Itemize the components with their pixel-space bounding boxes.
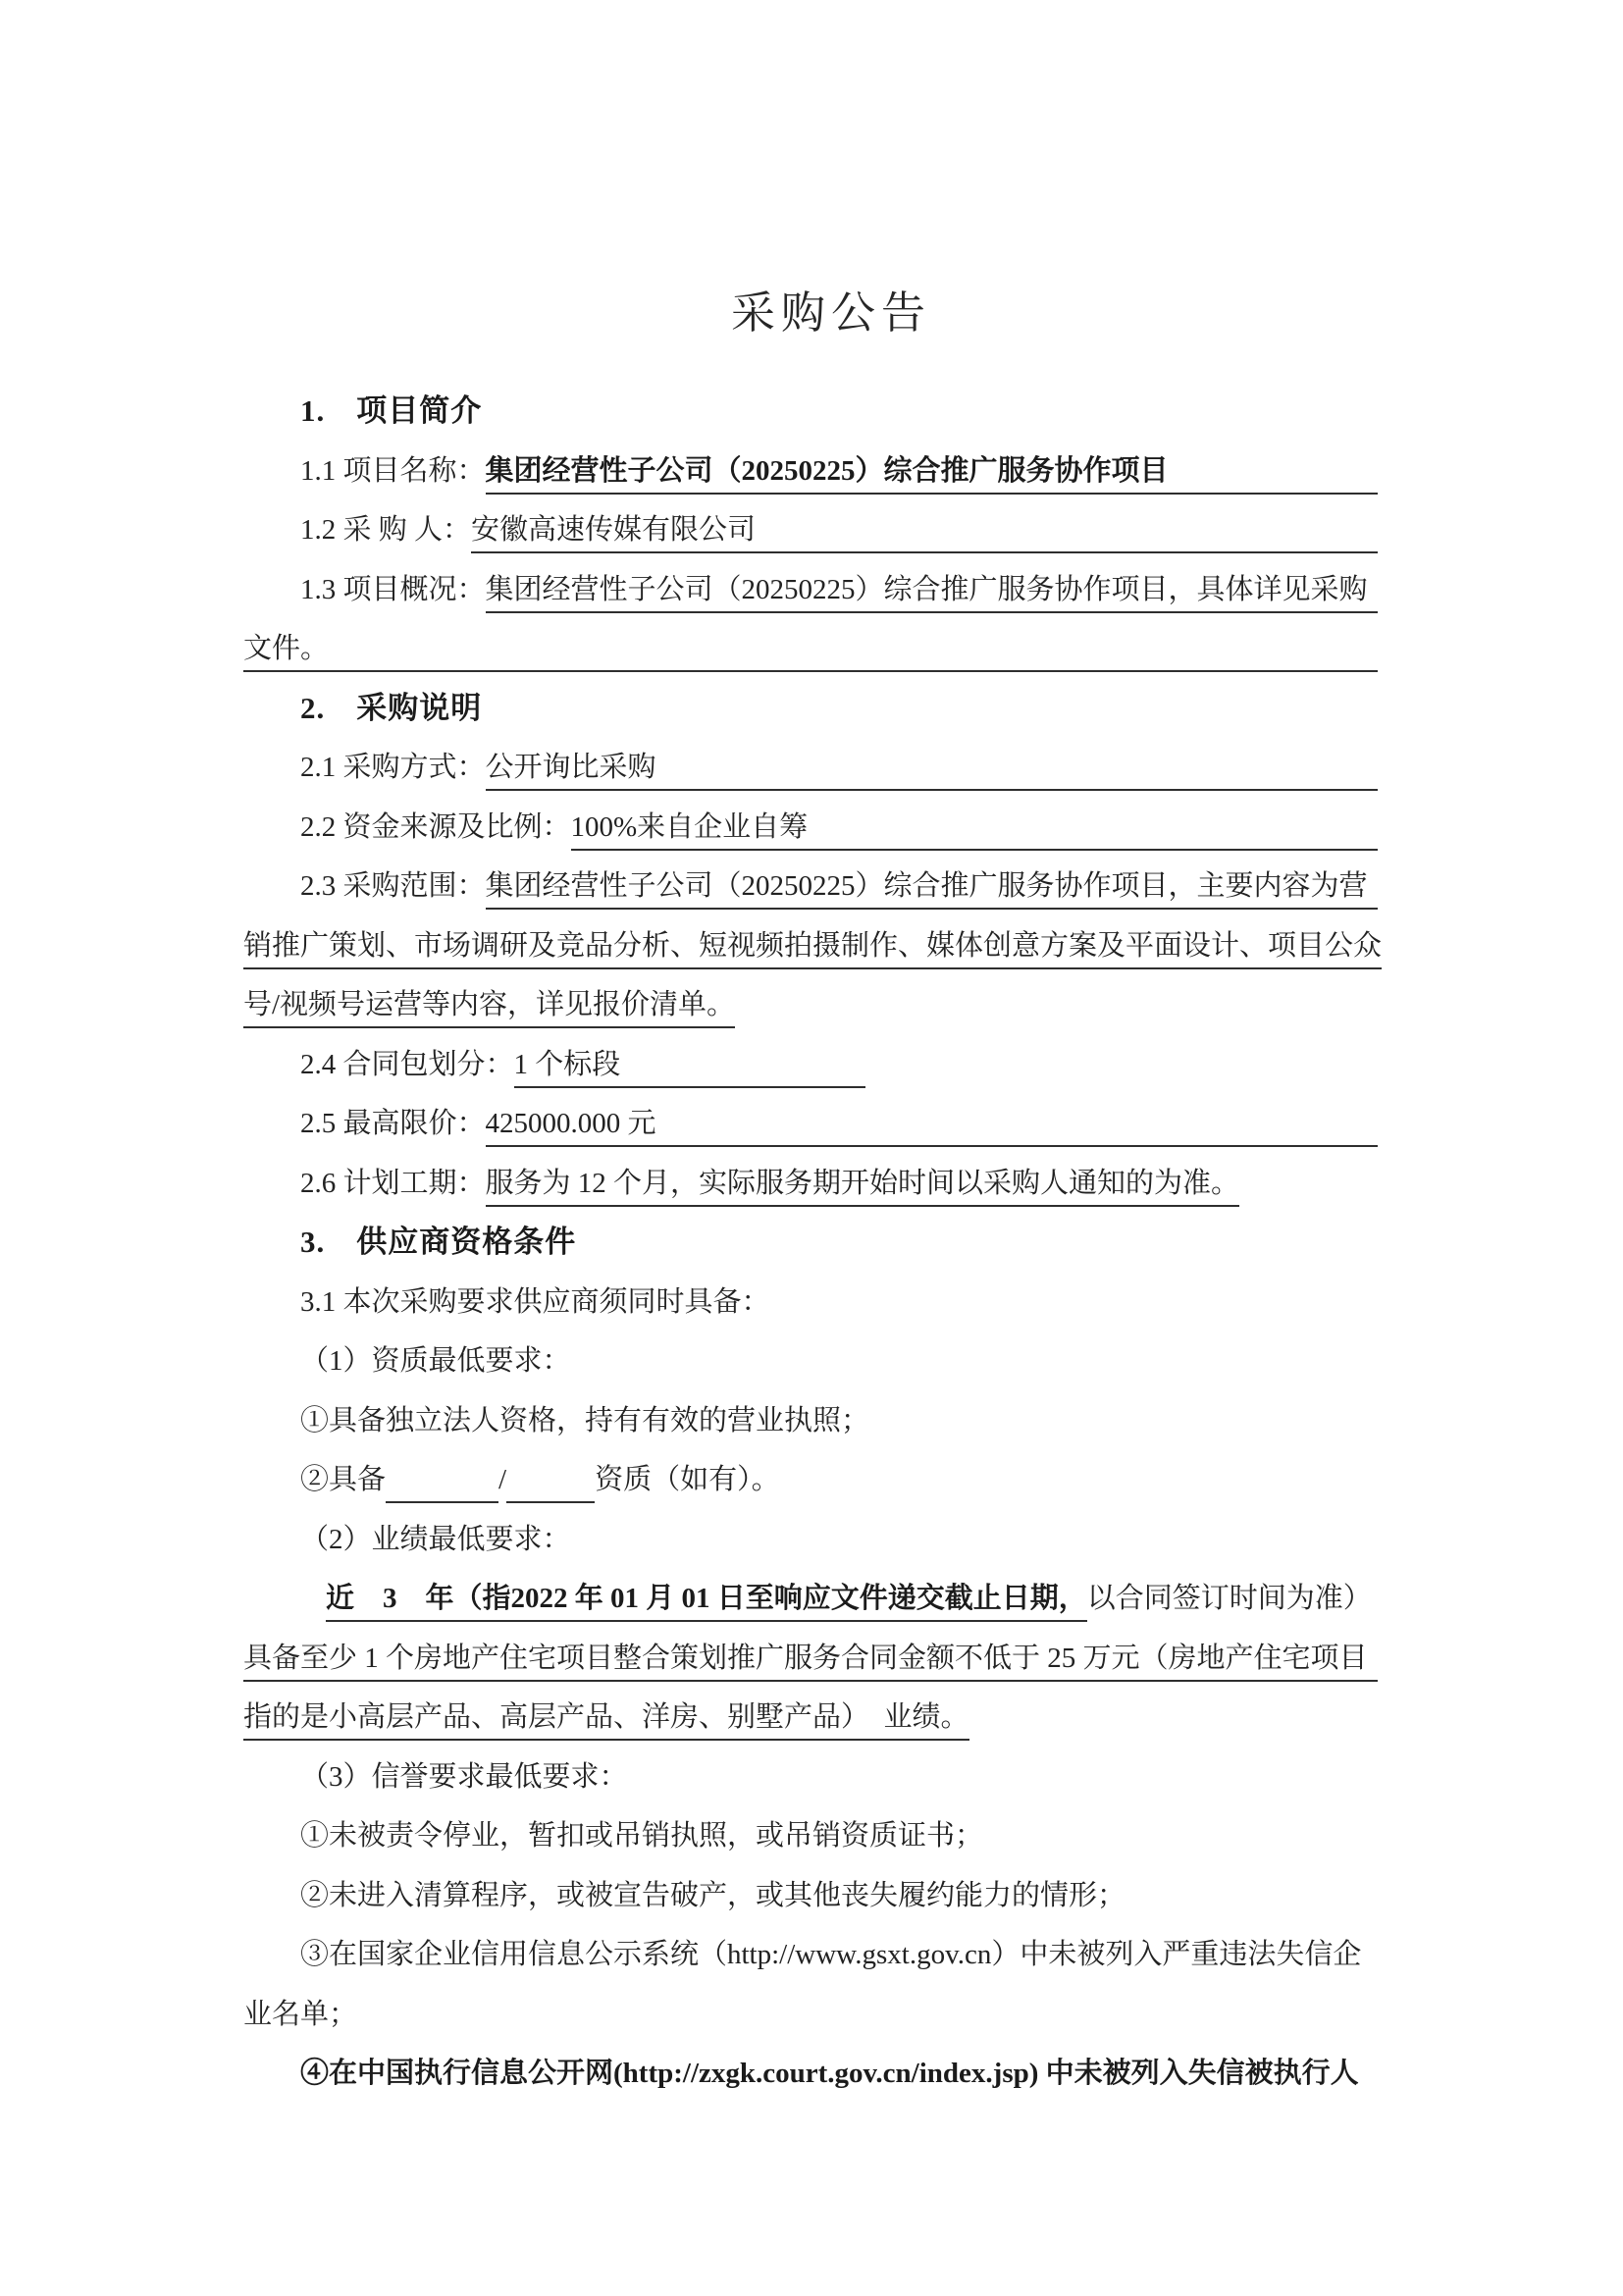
text-run: 1 个标段 (514, 1047, 621, 1088)
text-run: ④在中国执行信息公开网(http://zxgk.court.gov.cn/ind… (300, 2056, 1359, 2097)
text-run: 2.2 资金来源及比例： (300, 809, 571, 851)
blank-underline (386, 1497, 498, 1503)
text-run: 具备至少 1 个房地产住宅项目整合策划推广服务合同金额不低于 25 万元（房地产… (243, 1641, 1368, 1682)
underline-fill (329, 666, 1378, 672)
text-run: 2.5 最高限价： (300, 1106, 486, 1147)
text-run: 安徽高速传媒有限公司 (471, 512, 756, 553)
text-run: 集团经营性子公司（20250225）综合推广服务协作项目 (486, 453, 1169, 495)
text-run: （1）资质最低要求： (300, 1343, 571, 1384)
text-run: 业名单； (243, 1997, 357, 2038)
underline-fill (1368, 1676, 1378, 1682)
text-run: 公开询比采购 (486, 750, 656, 791)
page-title: 采购公告 (20, 277, 1623, 340)
text-run: ②具备 (300, 1462, 386, 1503)
underline-fill (808, 845, 1378, 851)
text-run: 以合同签订时间为准） (1087, 1581, 1372, 1622)
text-run: （2）业绩最低要求： (300, 1522, 571, 1563)
text-run: 1. 项目简介 (300, 393, 482, 435)
doc-line-req-3-b: ②未进入清算程序，或被宣告破产，或其他丧失履约能力的情形； (300, 1878, 1378, 1919)
doc-line-item-1-3: 1.3 项目概况：集团经营性子公司（20250225）综合推广服务协作项目，具体… (300, 572, 1378, 613)
underline-fill (1368, 904, 1378, 910)
text-run: 指的是小高层产品、高层产品、洋房、别墅产品） 业绩。 (243, 1699, 969, 1741)
text-run: 销推广策划、市场调研及竞品分析、短视频拍摄制作、媒体创意方案及平面设计、项目公众 (243, 928, 1382, 969)
text-run: 425000.000 元 (486, 1106, 656, 1147)
doc-line-item-2-1: 2.1 采购方式：公开询比采购 (300, 750, 1378, 791)
doc-line-item-1-3-cont: 文件。 (243, 631, 1378, 672)
text-run: ③在国家企业信用信息公示系统（http://www.gsxt.gov.cn）中未… (300, 1937, 1361, 1978)
doc-line-req-1-b: ②具备/资质（如有）。 (300, 1462, 1378, 1503)
text-run: 1.2 采 购 人： (300, 512, 471, 553)
doc-line-item-2-6: 2.6 计划工期：服务为 12 个月，实际服务期开始时间以采购人通知的为准。 (300, 1166, 1378, 1207)
doc-line-req-1-a: ①具备独立法人资格，持有有效的营业执照； (300, 1403, 1378, 1444)
doc-line-sec1-heading: 1. 项目简介 (300, 393, 1378, 435)
text-run: 2. 采购说明 (300, 691, 482, 732)
doc-line-item-2-3-cont1: 销推广策划、市场调研及竞品分析、短视频拍摄制作、媒体创意方案及平面设计、项目公众 (243, 928, 1378, 969)
doc-line-req-3: （3）信誉要求最低要求： (300, 1759, 1378, 1800)
text-run: ①未被责令停业，暂扣或吊销执照，或吊销资质证书； (300, 1818, 983, 1859)
text-run: / (498, 1462, 506, 1503)
doc-line-req-2-p2: 具备至少 1 个房地产住宅项目整合策划推广服务合同金额不低于 25 万元（房地产… (243, 1641, 1378, 1682)
doc-line-req-1: （1）资质最低要求： (300, 1343, 1378, 1384)
doc-line-req-2-p3: 指的是小高层产品、高层产品、洋房、别墅产品） 业绩。 (243, 1699, 1378, 1741)
doc-line-item-2-3-cont2: 号/视频号运营等内容，详见报价清单。 (243, 987, 1378, 1028)
text-run: 资质（如有）。 (595, 1462, 780, 1503)
text-run: ①具备独立法人资格，持有有效的营业执照； (300, 1403, 869, 1444)
underline-fill (1169, 489, 1378, 495)
doc-line-item-1-2: 1.2 采 购 人：安徽高速传媒有限公司 (300, 512, 1378, 553)
doc-line-item-2-3: 2.3 采购范围：集团经营性子公司（20250225）综合推广服务协作项目，主要… (300, 868, 1378, 910)
doc-line-item-3-1: 3.1 本次采购要求供应商须同时具备： (300, 1284, 1378, 1326)
text-run: 3.1 本次采购要求供应商须同时具备： (300, 1284, 770, 1326)
text-run: 文件。 (243, 631, 329, 672)
text-run: 集团经营性子公司（20250225）综合推广服务协作项目，主要内容为营 (486, 868, 1368, 910)
doc-line-req-3-d: ④在中国执行信息公开网(http://zxgk.court.gov.cn/ind… (300, 2056, 1378, 2097)
blank-underline (506, 1497, 595, 1503)
text-run: 2.3 采购范围： (300, 868, 486, 910)
doc-line-req-3-c-cont: 业名单； (243, 1997, 1378, 2038)
text-run: （3）信誉要求最低要求： (300, 1759, 628, 1800)
blank-underline (620, 1082, 865, 1088)
doc-line-item-1-1: 1.1 项目名称：集团经营性子公司（20250225）综合推广服务协作项目 (300, 453, 1378, 495)
doc-line-req-2: （2）业绩最低要求： (300, 1522, 1378, 1563)
text-run: 2.6 计划工期： (300, 1166, 486, 1207)
underline-fill (756, 548, 1378, 553)
text-run: 100%来自企业自筹 (571, 809, 809, 851)
doc-line-req-3-c: ③在国家企业信用信息公示系统（http://www.gsxt.gov.cn）中未… (300, 1937, 1378, 1978)
text-run: 2.1 采购方式： (300, 750, 486, 791)
text-run: 近 3 年（指2022 年 01 月 01 日至响应文件递交截止日期， (326, 1581, 1087, 1622)
text-run: ②未进入清算程序，或被宣告破产，或其他丧失履约能力的情形； (300, 1878, 1126, 1919)
doc-line-req-2-p1: 近 3 年（指2022 年 01 月 01 日至响应文件递交截止日期，以合同签订… (326, 1581, 1378, 1622)
text-run: 号/视频号运营等内容，详见报价清单。 (243, 987, 735, 1028)
text-run: 1.3 项目概况： (300, 572, 486, 613)
doc-line-req-3-a: ①未被责令停业，暂扣或吊销执照，或吊销资质证书； (300, 1818, 1378, 1859)
text-run: 3. 供应商资格条件 (300, 1225, 576, 1266)
text-run: 1.1 项目名称： (300, 453, 486, 495)
doc-line-item-2-2: 2.2 资金来源及比例：100%来自企业自筹 (300, 809, 1378, 851)
underline-fill (656, 785, 1378, 791)
doc-line-sec3-heading: 3. 供应商资格条件 (300, 1225, 1378, 1266)
doc-line-item-2-4: 2.4 合同包划分：1 个标段 (300, 1047, 1378, 1088)
doc-line-sec2-heading: 2. 采购说明 (300, 691, 1378, 732)
text-run: 集团经营性子公司（20250225）综合推广服务协作项目，具体详见采购 (486, 572, 1368, 613)
page: 采购公告 1. 项目简介1.1 项目名称：集团经营性子公司（20250225）综… (0, 0, 1623, 2296)
text-run: 2.4 合同包划分： (300, 1047, 514, 1088)
underline-fill (656, 1141, 1378, 1147)
doc-line-item-2-5: 2.5 最高限价：425000.000 元 (300, 1106, 1378, 1147)
text-run: 服务为 12 个月，实际服务期开始时间以采购人通知的为准。 (486, 1166, 1240, 1207)
underline-fill (1368, 607, 1378, 613)
